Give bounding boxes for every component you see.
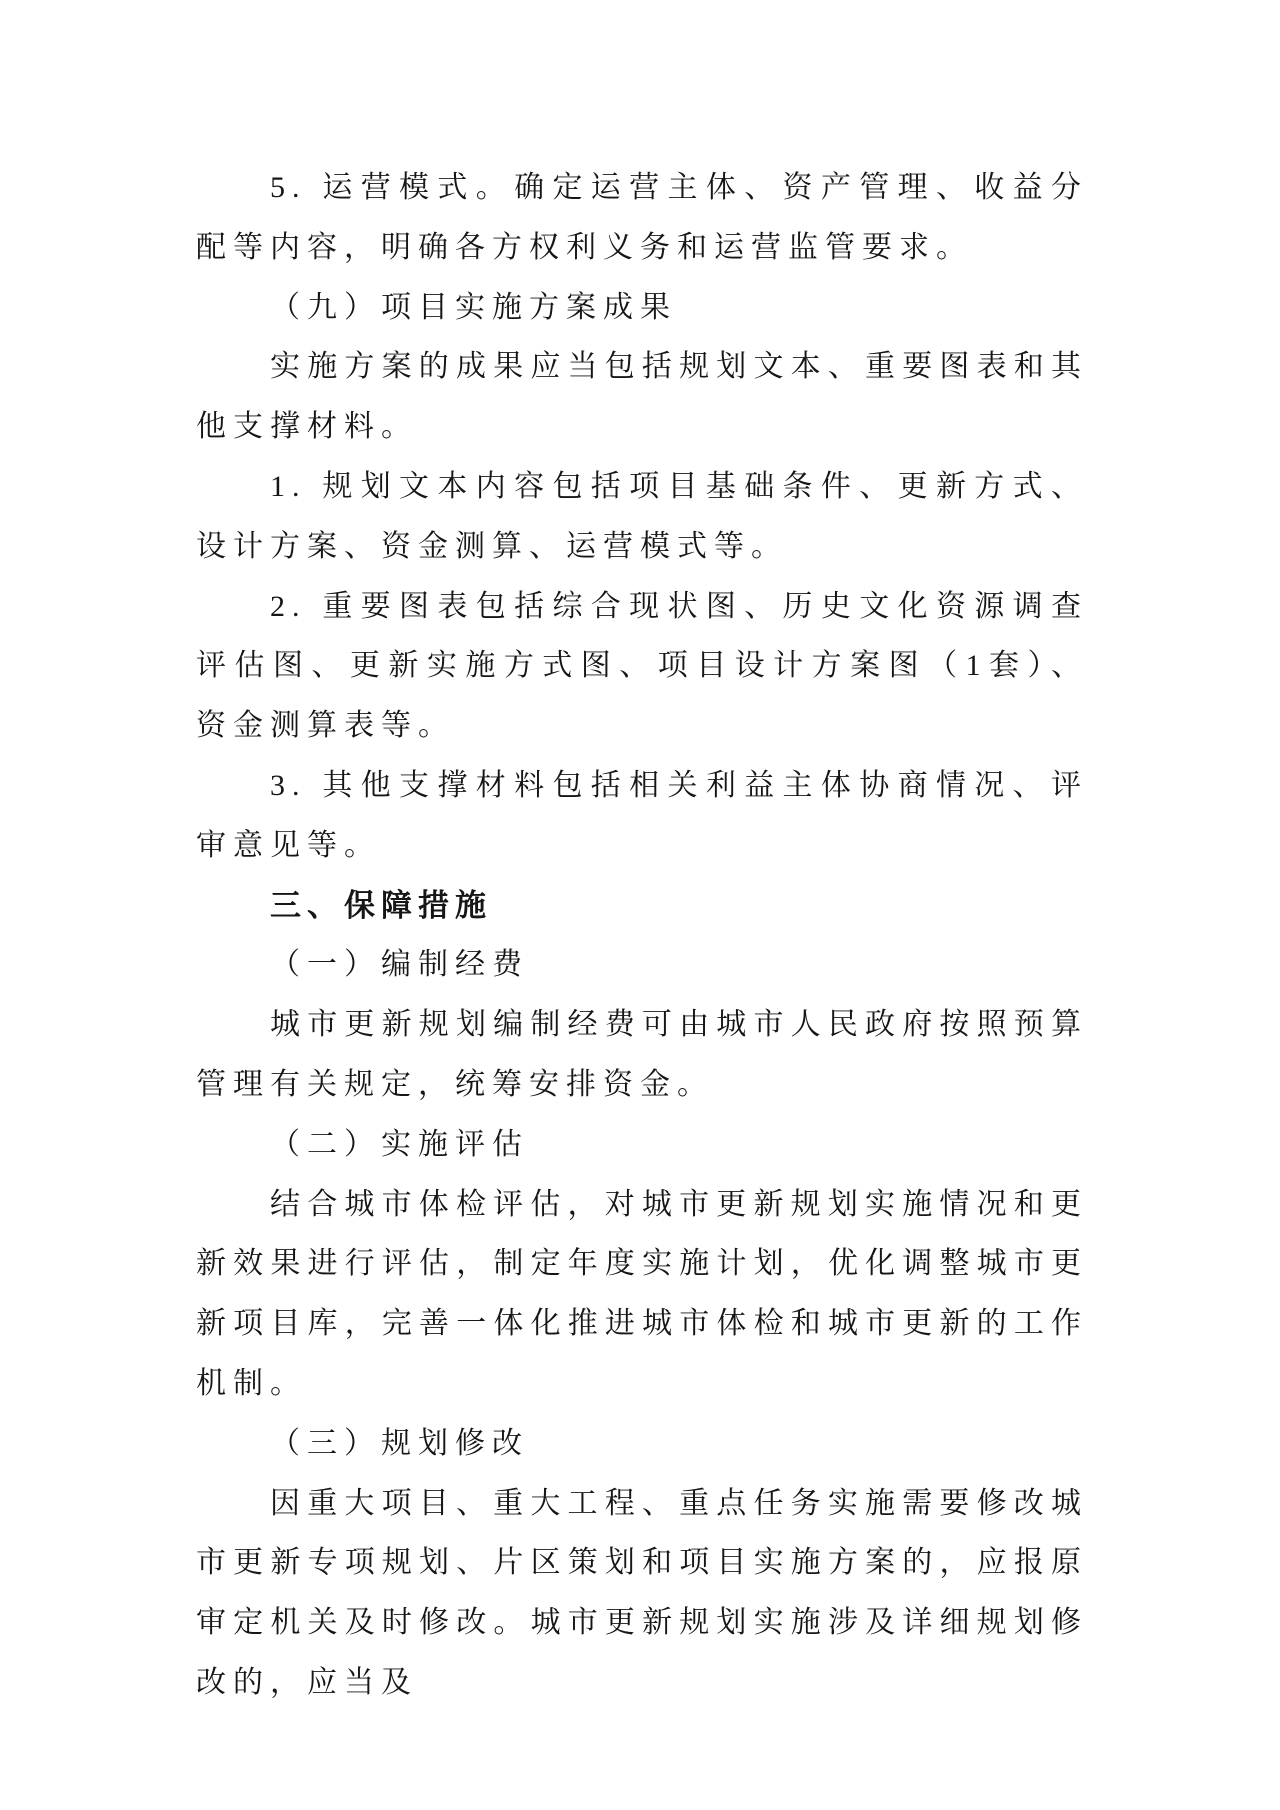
document-page: 5. 运营模式。确定运营主体、资产管理、收益分配等内容，明确各方权利义务和运营监… bbox=[0, 0, 1280, 1810]
body-paragraph: 结合城市体检评估，对城市更新规划实施情况和更新效果进行评估，制定年度实施计划，优… bbox=[196, 1175, 1088, 1414]
body-paragraph: 城市更新规划编制经费可由城市人民政府按照预算管理有关规定，统筹安排资金。 bbox=[196, 995, 1088, 1115]
sub-heading: （三）规划修改 bbox=[196, 1414, 1088, 1474]
sub-heading: （九）项目实施方案成果 bbox=[196, 278, 1088, 338]
section-heading: 三、保障措施 bbox=[196, 876, 1088, 936]
body-paragraph: 1. 规划文本内容包括项目基础条件、更新方式、设计方案、资金测算、运营模式等。 bbox=[196, 457, 1088, 577]
sub-heading: （一）编制经费 bbox=[196, 935, 1088, 995]
body-paragraph: 2. 重要图表包括综合现状图、历史文化资源调查评估图、更新实施方式图、项目设计方… bbox=[196, 577, 1088, 756]
sub-heading: （二）实施评估 bbox=[196, 1115, 1088, 1175]
document-body: 5. 运营模式。确定运营主体、资产管理、收益分配等内容，明确各方权利义务和运营监… bbox=[196, 158, 1088, 1713]
body-paragraph: 实施方案的成果应当包括规划文本、重要图表和其他支撑材料。 bbox=[196, 337, 1088, 457]
body-paragraph: 因重大项目、重大工程、重点任务实施需要修改城市更新专项规划、片区策划和项目实施方… bbox=[196, 1474, 1088, 1713]
body-paragraph: 3. 其他支撑材料包括相关利益主体协商情况、评审意见等。 bbox=[196, 756, 1088, 876]
body-paragraph: 5. 运营模式。确定运营主体、资产管理、收益分配等内容，明确各方权利义务和运营监… bbox=[196, 158, 1088, 278]
